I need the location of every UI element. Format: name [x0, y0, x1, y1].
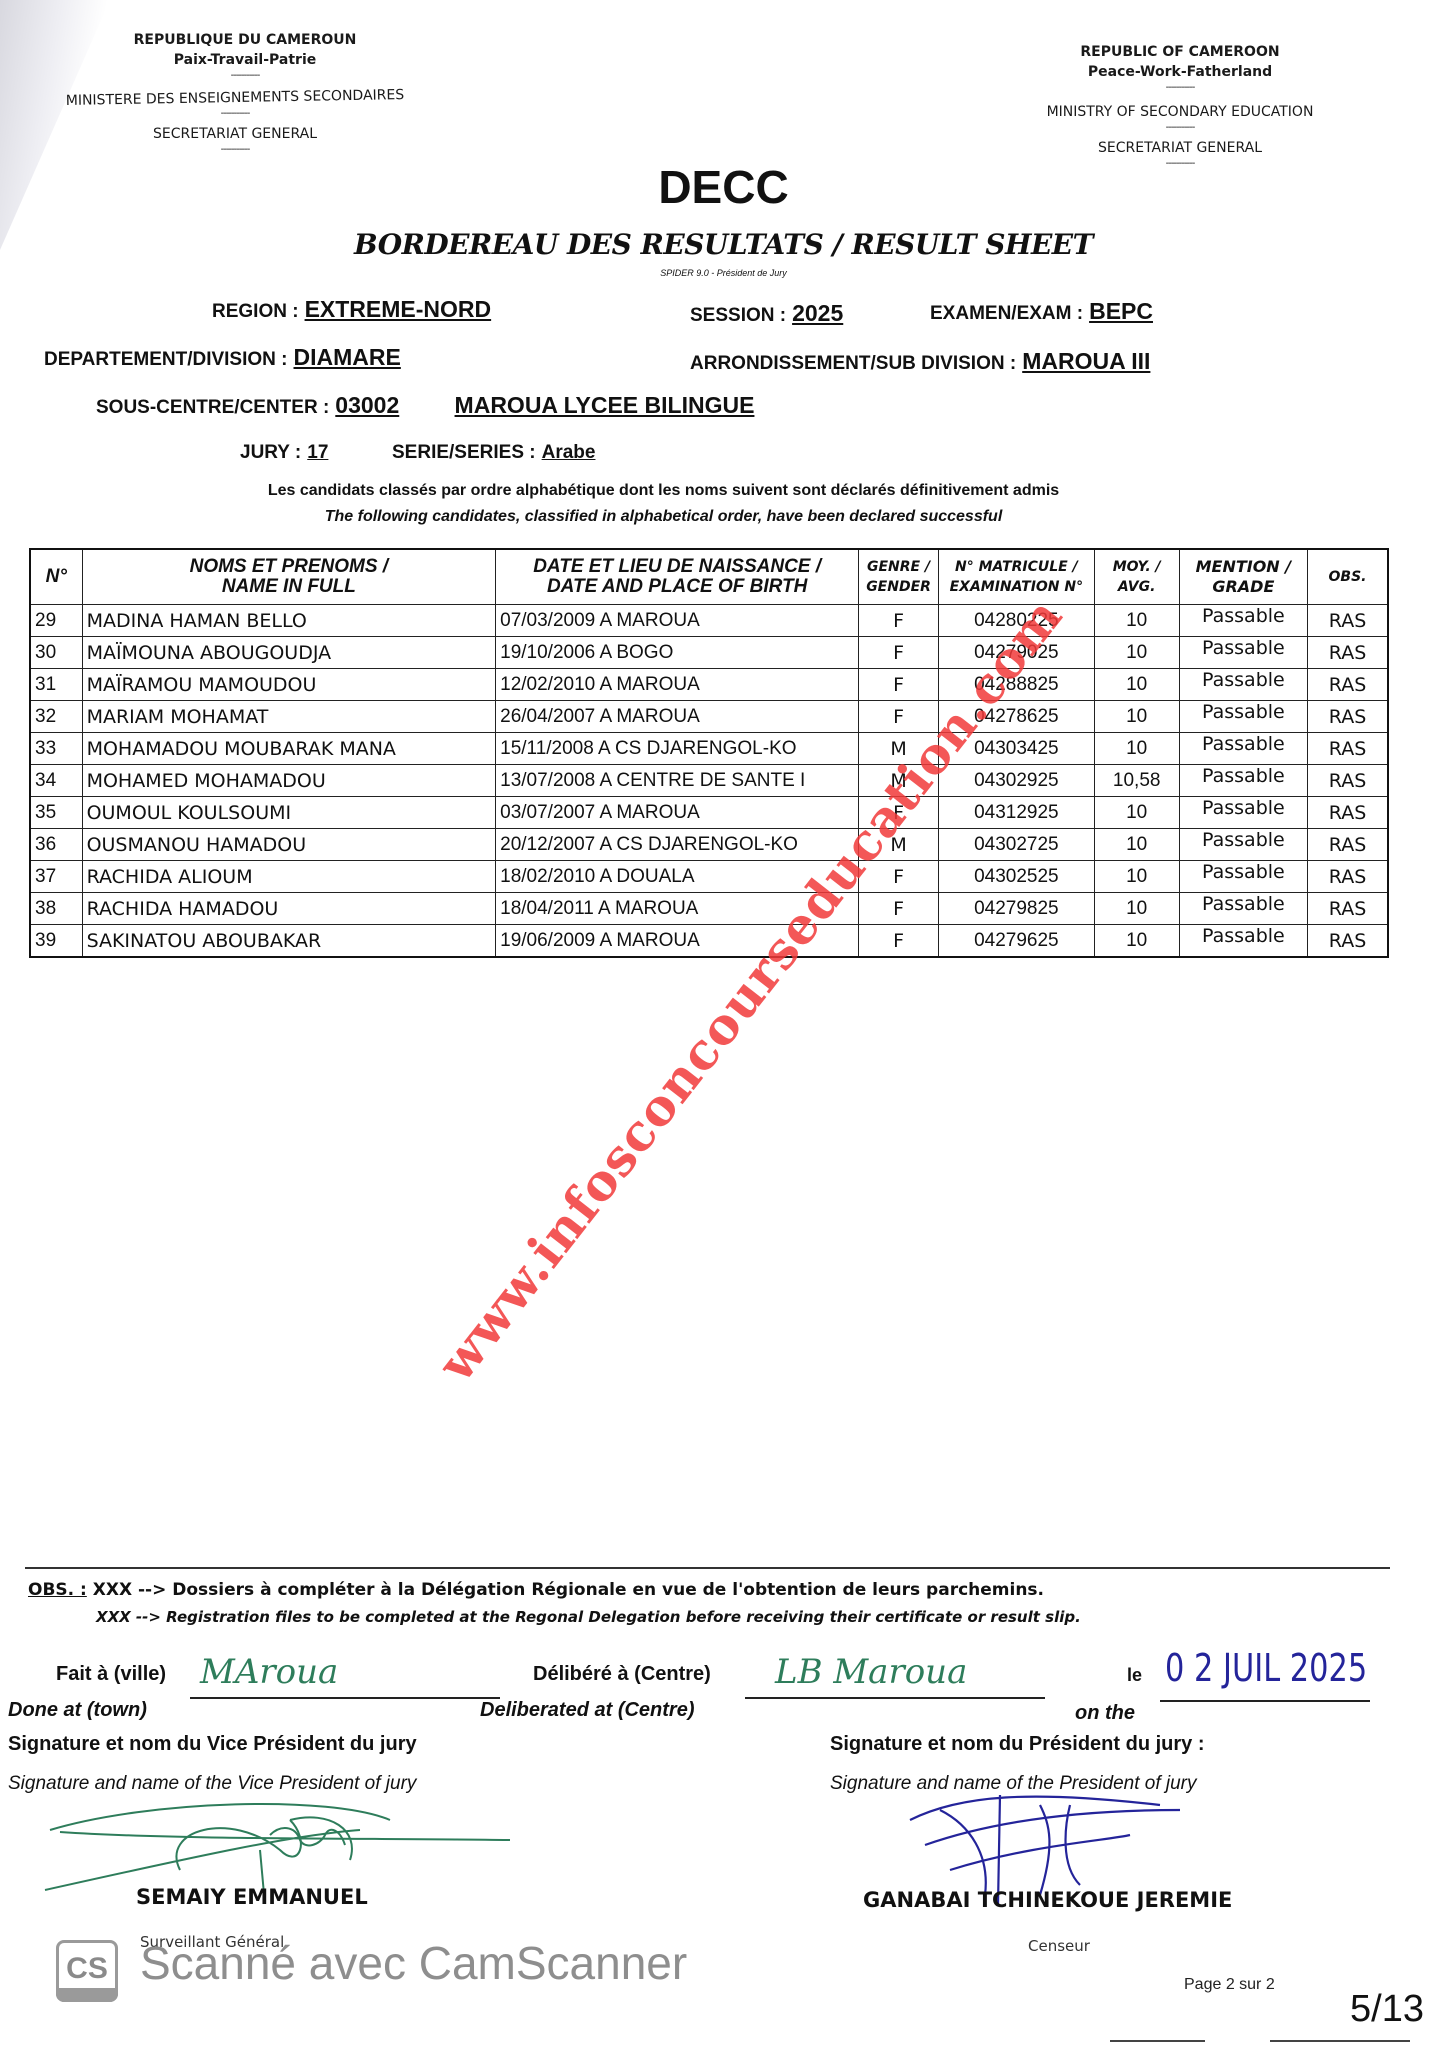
series-value: Arabe — [542, 442, 596, 463]
done-at-value: MAroua — [200, 1652, 338, 1692]
table-row: 29 MADINA HAMAN BELLO 07/03/2009 A MAROU… — [30, 605, 1388, 637]
cell-obs: RAS — [1308, 701, 1388, 733]
header-right: REPUBLIC OF CAMEROON Peace-Work-Fatherla… — [1020, 42, 1340, 170]
cell-avg: 10 — [1094, 893, 1179, 925]
session-field: SESSION :2025 — [690, 300, 843, 327]
cell-num: 31 — [30, 669, 82, 701]
cell-matricule: 04312925 — [939, 797, 1095, 829]
cell-obs: RAS — [1308, 637, 1388, 669]
country-en: REPUBLIC OF CAMEROON — [1020, 42, 1340, 62]
cell-name: MOHAMADOU MOUBARAK MANA — [82, 733, 496, 765]
cell-num: 34 — [30, 765, 82, 797]
cell-grade: Passable — [1179, 637, 1307, 669]
p-signature-label-fr: Signature et nom du Président du jury : — [830, 1733, 1204, 1756]
cell-num: 29 — [30, 605, 82, 637]
done-at-line — [190, 1697, 500, 1699]
cell-num: 33 — [30, 733, 82, 765]
cell-obs: RAS — [1308, 925, 1388, 958]
cell-obs: RAS — [1308, 797, 1388, 829]
cell-matricule: 04279625 — [939, 925, 1095, 958]
col-avg: MOY. /AVG. — [1094, 549, 1179, 605]
center-field: SOUS-CENTRE/CENTER :03002 MAROUA LYCEE B… — [96, 392, 754, 419]
table-row: 38 RACHIDA HAMADOU 18/04/2011 A MAROUA F… — [30, 893, 1388, 925]
secretariat-fr: SECRETARIAT GENERAL — [40, 124, 430, 144]
cell-avg: 10 — [1094, 669, 1179, 701]
country-fr: REPUBLIQUE DU CAMEROUN — [40, 30, 430, 50]
region-value: EXTREME-NORD — [305, 296, 492, 322]
table-row: 36 OUSMANOU HAMADOU 20/12/2007 A CS DJAR… — [30, 829, 1388, 861]
cell-gender: F — [859, 605, 939, 637]
division-label: DEPARTEMENT/DIVISION : — [44, 349, 288, 370]
camscanner-logo-icon: CS — [56, 1940, 118, 2002]
cell-grade: Passable — [1179, 861, 1307, 893]
cell-grade: Passable — [1179, 893, 1307, 925]
session-value: 2025 — [792, 300, 843, 326]
cell-grade: Passable — [1179, 765, 1307, 797]
jury-value: 17 — [307, 442, 328, 463]
cell-num: 37 — [30, 861, 82, 893]
page-count: 5/13 — [1350, 1988, 1424, 2031]
cell-obs: RAS — [1308, 861, 1388, 893]
cell-birth: 13/07/2008 A CENTRE DE SANTE I — [496, 765, 859, 797]
cell-name: RACHIDA HAMADOU — [82, 893, 496, 925]
vp-signature-icon — [30, 1790, 530, 1900]
cell-grade: Passable — [1179, 669, 1307, 701]
page-indicator: Page 2 sur 2 — [1184, 1976, 1275, 1994]
done-at-label-en: Done at (town) — [8, 1699, 147, 1722]
col-grade: MENTION /GRADE — [1179, 549, 1307, 605]
secretariat-en: SECRETARIAT GENERAL — [1020, 138, 1340, 158]
cell-obs: RAS — [1308, 669, 1388, 701]
separator: ----------- — [1020, 82, 1340, 94]
cell-avg: 10 — [1094, 733, 1179, 765]
president-role: Censeur — [1028, 1937, 1090, 1955]
cell-birth: 12/02/2010 A MAROUA — [496, 669, 859, 701]
cell-gender: F — [859, 637, 939, 669]
results-table: N° NOMS ET PRENOMS /NAME IN FULL DATE ET… — [29, 548, 1389, 958]
exam-field: EXAMEN/EXAM :BEPC — [930, 298, 1153, 325]
cell-obs: RAS — [1308, 765, 1388, 797]
cell-matricule: 04302525 — [939, 861, 1095, 893]
cell-avg: 10 — [1094, 829, 1179, 861]
cell-birth: 03/07/2007 A MAROUA — [496, 797, 859, 829]
notice-en: The following candidates, classified in … — [0, 508, 1387, 526]
vp-signature-label-fr: Signature et nom du Vice Président du ju… — [8, 1733, 417, 1756]
col-obs: OBS. — [1308, 549, 1388, 605]
cell-obs: RAS — [1308, 733, 1388, 765]
cell-name: OUSMANOU HAMADOU — [82, 829, 496, 861]
motto-en: Peace-Work-Fatherland — [1020, 62, 1340, 82]
cell-birth: 26/04/2007 A MAROUA — [496, 701, 859, 733]
series-field: SERIE/SERIES :Arabe — [392, 442, 595, 464]
cell-birth: 07/03/2009 A MAROUA — [496, 605, 859, 637]
table-row: 35 OUMOUL KOULSOUMI 03/07/2007 A MAROUA … — [30, 797, 1388, 829]
cell-avg: 10 — [1094, 701, 1179, 733]
date-label-en: on the — [1075, 1702, 1135, 1725]
cell-matricule: 04302925 — [939, 765, 1095, 797]
table-row: 33 MOHAMADOU MOUBARAK MANA 15/11/2008 A … — [30, 733, 1388, 765]
table-row: 31 MAÏRAMOU MAMOUDOU 12/02/2010 A MAROUA… — [30, 669, 1388, 701]
table-header-row: N° NOMS ET PRENOMS /NAME IN FULL DATE ET… — [30, 549, 1388, 605]
date-line — [1160, 1700, 1370, 1702]
cell-gender: F — [859, 893, 939, 925]
table-row: 32 MARIAM MOHAMAT 26/04/2007 A MAROUA F … — [30, 701, 1388, 733]
table-row: 30 MAÏMOUNA ABOUGOUDJA 19/10/2006 A BOGO… — [30, 637, 1388, 669]
exam-label: EXAMEN/EXAM : — [930, 303, 1083, 324]
cell-birth: 19/10/2006 A BOGO — [496, 637, 859, 669]
cell-num: 32 — [30, 701, 82, 733]
deliberated-label-fr: Délibéré à (Centre) — [533, 1663, 711, 1686]
cell-num: 30 — [30, 637, 82, 669]
cell-name: SAKINATOU ABOUBAKAR — [82, 925, 496, 958]
cell-grade: Passable — [1179, 797, 1307, 829]
president-name: GANABAI TCHINEKOUE JEREMIE — [863, 1888, 1232, 1912]
cell-num: 38 — [30, 893, 82, 925]
table-row: 34 MOHAMED MOHAMADOU 13/07/2008 A CENTRE… — [30, 765, 1388, 797]
deliberated-value: LB Maroua — [775, 1652, 967, 1692]
cell-avg: 10 — [1094, 861, 1179, 893]
region-field: REGION :EXTREME-NORD — [212, 296, 491, 323]
jury-label: JURY : — [240, 442, 301, 463]
separator: ----------- — [1020, 122, 1340, 134]
cell-matricule: 04302725 — [939, 829, 1095, 861]
subdivision-field: ARRONDISSEMENT/SUB DIVISION :MAROUA III — [690, 348, 1150, 375]
cell-grade: Passable — [1179, 733, 1307, 765]
cell-gender: F — [859, 925, 939, 958]
motto-fr: Paix-Travail-Patrie — [40, 50, 430, 70]
footer-divider — [25, 1567, 1390, 1569]
cell-gender: F — [859, 669, 939, 701]
software-caption: SPIDER 9.0 - Président de Jury — [0, 268, 1447, 278]
cell-birth: 20/12/2007 A CS DJARENGOL-KO — [496, 829, 859, 861]
done-at-label-fr: Fait à (ville) — [56, 1663, 166, 1686]
table-row: 39 SAKINATOU ABOUBAKAR 19/06/2009 A MARO… — [30, 925, 1388, 958]
cell-name: MAÏMOUNA ABOUGOUDJA — [82, 637, 496, 669]
org-title: DECC — [0, 160, 1447, 214]
camscanner-caption: Scanné avec CamScanner — [140, 1936, 687, 1990]
cell-avg: 10 — [1094, 797, 1179, 829]
cell-avg: 10 — [1094, 925, 1179, 958]
col-name: NOMS ET PRENOMS /NAME IN FULL — [82, 549, 496, 605]
cell-birth: 15/11/2008 A CS DJARENGOL-KO — [496, 733, 859, 765]
cell-name: MOHAMED MOHAMADOU — [82, 765, 496, 797]
date-value: 0 2 JUIL 2025 — [1165, 1646, 1367, 1690]
subdivision-label: ARRONDISSEMENT/SUB DIVISION : — [690, 353, 1016, 374]
division-field: DEPARTEMENT/DIVISION :DIAMARE — [44, 344, 401, 371]
series-label: SERIE/SERIES : — [392, 442, 536, 463]
division-value: DIAMARE — [294, 344, 401, 370]
cell-grade: Passable — [1179, 701, 1307, 733]
notice-fr: Les candidats classés par ordre alphabét… — [0, 482, 1387, 500]
president-signature-icon — [880, 1785, 1200, 1905]
cell-avg: 10 — [1094, 605, 1179, 637]
cell-grade: Passable — [1179, 925, 1307, 958]
center-code: 03002 — [335, 392, 399, 418]
cell-avg: 10,58 — [1094, 765, 1179, 797]
cell-name: MADINA HAMAN BELLO — [82, 605, 496, 637]
col-num: N° — [30, 549, 82, 605]
cell-name: OUMOUL KOULSOUMI — [82, 797, 496, 829]
header-left: REPUBLIQUE DU CAMEROUN Paix-Travail-Patr… — [40, 30, 430, 156]
document-title: BORDEREAU DES RESULTATS / RESULT SHEET — [0, 228, 1447, 261]
cell-avg: 10 — [1094, 637, 1179, 669]
separator: ----------- — [40, 70, 430, 82]
obs-text-fr: XXX --> Dossiers à compléter à la Déléga… — [93, 1580, 1044, 1600]
bottom-rule — [1270, 2040, 1410, 2042]
exam-value: BEPC — [1089, 298, 1153, 324]
region-label: REGION : — [212, 301, 299, 322]
subdivision-value: MAROUA III — [1022, 348, 1150, 374]
obs-note-fr: OBS. : XXX --> Dossiers à compléter à la… — [28, 1580, 1044, 1600]
jury-field: JURY :17 — [240, 442, 328, 464]
center-name: MAROUA LYCEE BILINGUE — [455, 392, 755, 418]
deliberated-label-en: Deliberated at (Centre) — [480, 1699, 695, 1722]
cell-name: MAÏRAMOU MAMOUDOU — [82, 669, 496, 701]
cell-obs: RAS — [1308, 829, 1388, 861]
bottom-rule — [1110, 2040, 1205, 2042]
center-label: SOUS-CENTRE/CENTER : — [96, 397, 329, 418]
separator: ----------- — [40, 144, 430, 156]
cell-grade: Passable — [1179, 829, 1307, 861]
ministry-en: MINISTRY OF SECONDARY EDUCATION — [1020, 102, 1340, 122]
col-gender: GENRE /GENDER — [859, 549, 939, 605]
col-birth: DATE ET LIEU DE NAISSANCE /DATE AND PLAC… — [496, 549, 859, 605]
cell-num: 39 — [30, 925, 82, 958]
cell-name: MARIAM MOHAMAT — [82, 701, 496, 733]
cell-num: 36 — [30, 829, 82, 861]
cell-name: RACHIDA ALIOUM — [82, 861, 496, 893]
cell-obs: RAS — [1308, 893, 1388, 925]
table-row: 37 RACHIDA ALIOUM 18/02/2010 A DOUALA F … — [30, 861, 1388, 893]
obs-label: OBS. : — [28, 1580, 87, 1600]
vp-name: SEMAIY EMMANUEL — [136, 1885, 368, 1909]
cell-grade: Passable — [1179, 605, 1307, 637]
col-matricule: N° MATRICULE /EXAMINATION N° — [939, 549, 1095, 605]
cell-matricule: 04279825 — [939, 893, 1095, 925]
cell-num: 35 — [30, 797, 82, 829]
date-label-fr: le — [1127, 1665, 1142, 1686]
session-label: SESSION : — [690, 305, 786, 326]
obs-note-en: XXX --> Registration files to be complet… — [96, 1608, 1081, 1626]
cell-obs: RAS — [1308, 605, 1388, 637]
deliberated-line — [745, 1697, 1045, 1699]
